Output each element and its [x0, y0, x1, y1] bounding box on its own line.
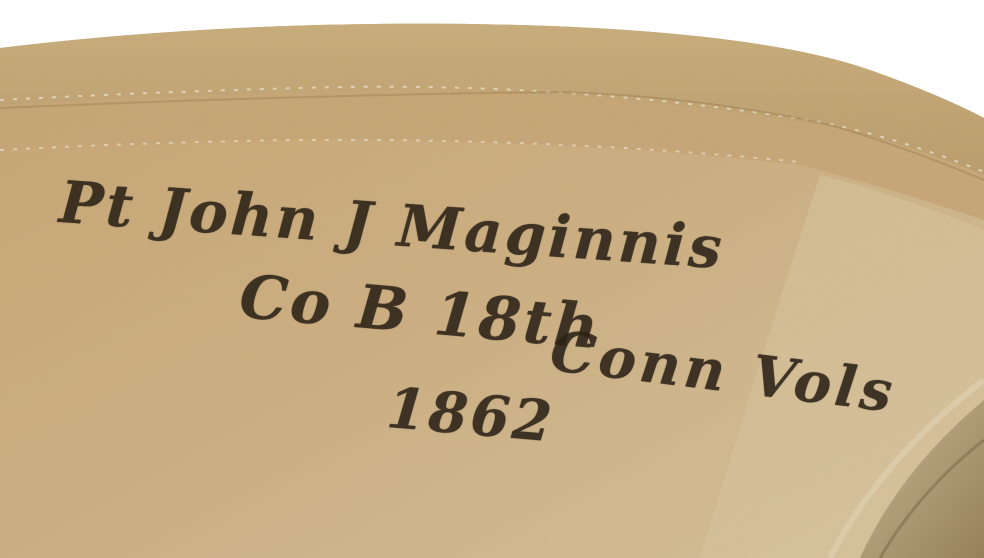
leather-photograph: Pt John J Maginnis Co B 18th Conn Vols 1…: [0, 0, 984, 558]
leather-surface: [0, 0, 984, 558]
